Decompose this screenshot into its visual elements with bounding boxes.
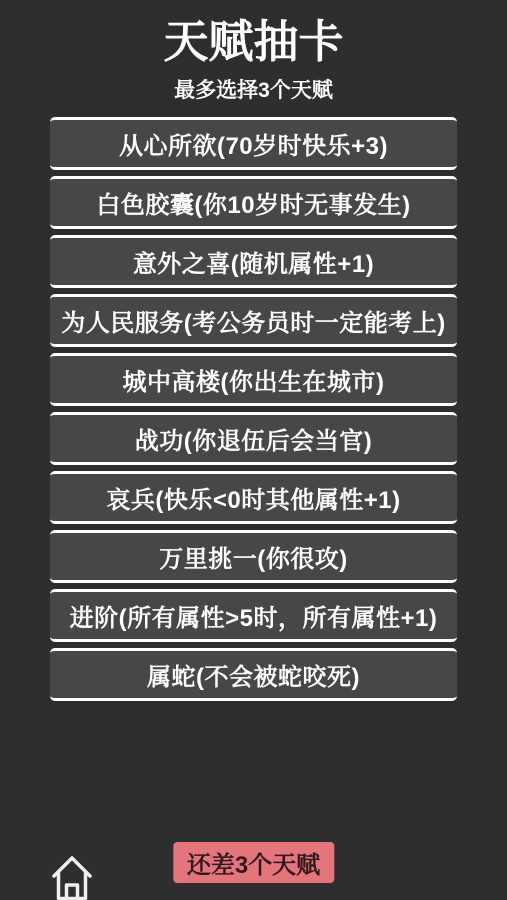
home-button[interactable]: [50, 853, 94, 900]
talent-draw-screen: 天赋抽卡 最多选择3个天赋 从心所欲(70岁时快乐+3) 白色胶囊(你10岁时无…: [0, 0, 507, 900]
talent-option-1[interactable]: 从心所欲(70岁时快乐+3): [50, 117, 457, 170]
talent-option-9[interactable]: 进阶(所有属性>5时，所有属性+1): [50, 589, 457, 642]
talent-option-2[interactable]: 白色胶囊(你10岁时无事发生): [50, 176, 457, 229]
talent-option-10[interactable]: 属蛇(不会被蛇咬死): [50, 648, 457, 701]
talent-list: 从心所欲(70岁时快乐+3) 白色胶囊(你10岁时无事发生) 意外之喜(随机属性…: [50, 117, 457, 701]
talent-option-3[interactable]: 意外之喜(随机属性+1): [50, 235, 457, 288]
page-subtitle: 最多选择3个天赋: [0, 78, 507, 104]
talents-remaining-button[interactable]: 还差3个天赋: [173, 842, 334, 883]
talent-option-7[interactable]: 哀兵(快乐<0时其他属性+1): [50, 471, 457, 524]
talent-option-8[interactable]: 万里挑一(你很攻): [50, 530, 457, 583]
talent-option-6[interactable]: 战功(你退伍后会当官): [50, 412, 457, 465]
home-icon: [50, 853, 94, 900]
talent-option-4[interactable]: 为人民服务(考公务员时一定能考上): [50, 294, 457, 347]
page-title: 天赋抽卡: [0, 0, 507, 70]
talent-option-5[interactable]: 城中高楼(你出生在城市): [50, 353, 457, 406]
